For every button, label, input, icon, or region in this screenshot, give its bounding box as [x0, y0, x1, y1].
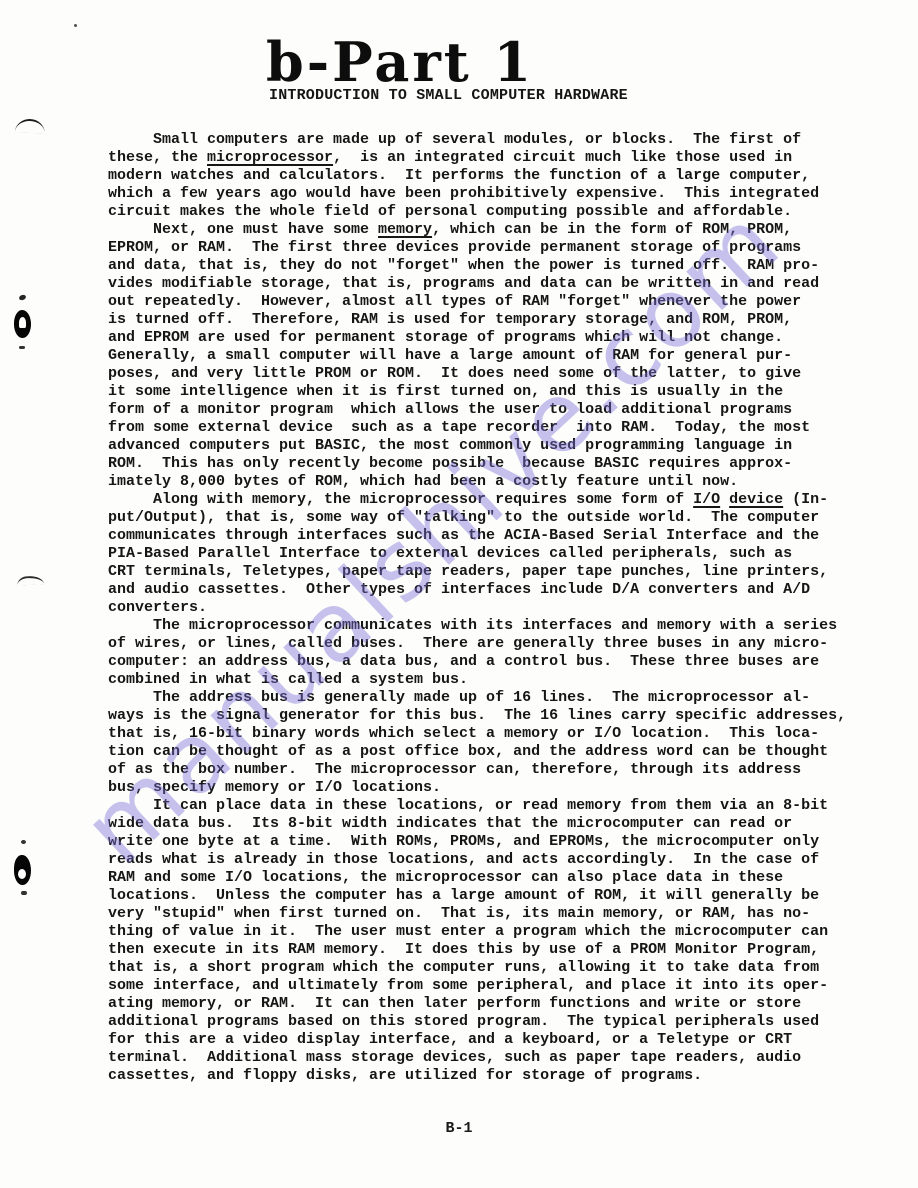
text-line: additional programs based on this stored… — [108, 1013, 898, 1031]
paragraph-2: Next, one must have some memory, which c… — [108, 221, 898, 491]
text-line: communicates through interfaces such as … — [108, 527, 898, 545]
text-line: then execute in its RAM memory. It does … — [108, 941, 898, 959]
text-line: tion can be thought of as a post office … — [108, 743, 898, 761]
text-line: RAM and some I/O locations, the micropro… — [108, 869, 898, 887]
paragraph-5: The address bus is generally made up of … — [108, 689, 898, 797]
text-line: Small computers are made up of several m… — [108, 131, 898, 149]
text-line: circuit makes the whole field of persona… — [108, 203, 898, 221]
page-title: b-Part 1 — [266, 30, 534, 94]
text-line: write one byte at a time. With ROMs, PRO… — [108, 833, 898, 851]
text-line: and data, that is, they do not "forget" … — [108, 257, 898, 275]
paragraph-4: The microprocessor communicates with its… — [108, 617, 898, 689]
scan-ink-blob-hole — [19, 317, 26, 328]
text-line: these, the microprocessor, is an integra… — [108, 149, 898, 167]
scan-squiggle-mark — [17, 575, 44, 585]
text-line: Generally, a small computer will have a … — [108, 347, 898, 365]
text-line: of wires, or lines, called buses. There … — [108, 635, 898, 653]
text-line: which a few years ago would have been pr… — [108, 185, 898, 203]
text-line: that is, 16-bit binary words which selec… — [108, 725, 898, 743]
text-line: advanced computers put BASIC, the most c… — [108, 437, 898, 455]
body-text: Small computers are made up of several m… — [108, 131, 898, 1085]
text-line: PIA-Based Parallel Interface to external… — [108, 545, 898, 563]
text-line: vides modifiable storage, that is, progr… — [108, 275, 898, 293]
text-line: ways is the signal generator for this bu… — [108, 707, 898, 725]
text-line: is turned off. Therefore, RAM is used fo… — [108, 311, 898, 329]
text-line: reads what is already in those locations… — [108, 851, 898, 869]
text-line: modern watches and calculators. It perfo… — [108, 167, 898, 185]
text-line: that is, a short program which the compu… — [108, 959, 898, 977]
text-line: Next, one must have some memory, which c… — [108, 221, 898, 239]
text-line: out repeatedly. However, almost all type… — [108, 293, 898, 311]
scan-smudge — [18, 294, 26, 301]
text-line: bus, specify memory or I/O locations. — [108, 779, 898, 797]
scanned-page: b-Part 1 INTRODUCTION TO SMALL COMPUTER … — [0, 0, 918, 1188]
text-line: thing of value in it. The user must ente… — [108, 923, 898, 941]
text-line: EPROM, or RAM. The first three devices p… — [108, 239, 898, 257]
text-line: ROM. This has only recently become possi… — [108, 455, 898, 473]
text-line: cassettes, and floppy disks, are utilize… — [108, 1067, 898, 1085]
text-line: of as the box number. The microprocessor… — [108, 761, 898, 779]
scan-arc-mark — [15, 118, 45, 133]
text-line: it some intelligence when it is first tu… — [108, 383, 898, 401]
text-line: for this are a video display interface, … — [108, 1031, 898, 1049]
scan-dash — [21, 891, 27, 895]
scan-ink-blob-hole — [18, 869, 26, 879]
text-line: wide data bus. Its 8-bit width indicates… — [108, 815, 898, 833]
text-line: and EPROM are used for permanent storage… — [108, 329, 898, 347]
scan-ink-blob — [14, 855, 31, 885]
text-line: and audio cassettes. Other types of inte… — [108, 581, 898, 599]
text-line: converters. — [108, 599, 898, 617]
text-line: Along with memory, the microprocessor re… — [108, 491, 898, 509]
text-line: from some external device such as a tape… — [108, 419, 898, 437]
text-line: locations. Unless the computer has a lar… — [108, 887, 898, 905]
underlined-term: device — [729, 491, 783, 508]
text-line: The address bus is generally made up of … — [108, 689, 898, 707]
text-line: It can place data in these locations, or… — [108, 797, 898, 815]
scan-dash — [19, 346, 25, 349]
page-subtitle: INTRODUCTION TO SMALL COMPUTER HARDWARE — [269, 87, 628, 104]
paragraph-3: Along with memory, the microprocessor re… — [108, 491, 898, 617]
text-line: form of a monitor program which allows t… — [108, 401, 898, 419]
paragraph-1: Small computers are made up of several m… — [108, 131, 898, 221]
scan-speck — [74, 24, 77, 27]
text-line: put/Output), that is, some way of "talki… — [108, 509, 898, 527]
scan-dash — [21, 840, 26, 844]
underlined-term: microprocessor — [207, 149, 333, 166]
text-line: some interface, and ultimately from some… — [108, 977, 898, 995]
scan-ink-blob — [14, 310, 31, 338]
underlined-term: I/O — [693, 491, 720, 508]
text-line: terminal. Additional mass storage device… — [108, 1049, 898, 1067]
text-line: very "stupid" when first turned on. That… — [108, 905, 898, 923]
paragraph-6: It can place data in these locations, or… — [108, 797, 898, 1085]
text-line: combined in what is called a system bus. — [108, 671, 898, 689]
text-line: ating memory, or RAM. It can then later … — [108, 995, 898, 1013]
text-line: computer: an address bus, a data bus, an… — [108, 653, 898, 671]
text-line: CRT terminals, Teletypes, paper tape rea… — [108, 563, 898, 581]
text-line: The microprocessor communicates with its… — [108, 617, 898, 635]
underlined-term: memory — [378, 221, 432, 238]
page-number: B-1 — [0, 1120, 918, 1137]
text-line: imately 8,000 bytes of ROM, which had be… — [108, 473, 898, 491]
text-line: poses, and very little PROM or ROM. It d… — [108, 365, 898, 383]
